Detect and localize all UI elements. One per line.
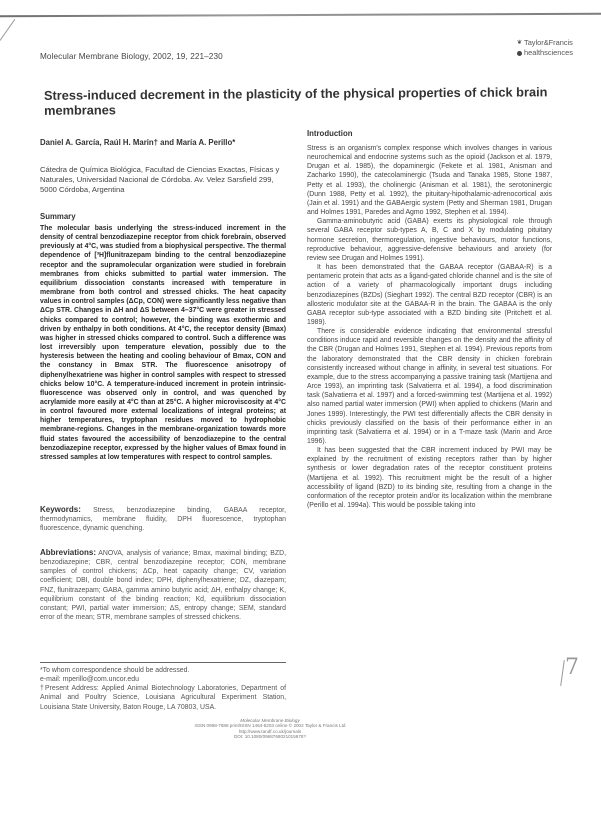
intro-paragraph: It has been suggested that the CBR incre…: [307, 446, 552, 510]
handwritten-margin-note: 7: [565, 655, 579, 680]
scan-corner-mark: [0, 19, 15, 41]
publisher-logo: ❦Taylor&Francis healthsciences: [517, 38, 573, 58]
abbreviations-label: Abbreviations:: [40, 548, 96, 557]
scan-top-edge-line: [0, 13, 601, 18]
abbreviations-block: Abbreviations: ANOVA, analysis of varian…: [40, 548, 286, 622]
footnote-present-address: †Present Address: Applied Animal Biotech…: [40, 684, 286, 711]
publisher-leaf-icon: ❦: [517, 41, 522, 46]
introduction-heading: Introduction: [307, 129, 352, 138]
intro-paragraph: Gamma-aminobutyric acid (GABA) exerts it…: [307, 217, 552, 263]
summary-heading: Summary: [40, 212, 76, 221]
intro-paragraph: It has been demonstrated that the GABAA …: [307, 263, 552, 327]
publisher-name: Taylor&Francis: [524, 38, 573, 48]
footer-doi: DOI: 10.1080/0968768021015678?: [160, 734, 380, 739]
summary-text: The molecular basis underlying the stres…: [40, 224, 286, 462]
journal-citation: Molecular Membrane Biology, 2002, 19, 22…: [40, 52, 223, 61]
article-title: Stress-induced decrement in the plastici…: [44, 84, 564, 118]
page-footer: Molecular Membrane Biology ISSN 0968-768…: [160, 718, 380, 740]
footnote-divider: [40, 662, 286, 663]
footnotes: *To whom correspondence should be addres…: [40, 666, 286, 712]
intro-paragraph: There is considerable evidence indicatin…: [307, 327, 552, 446]
keywords-label: Keywords:: [40, 505, 81, 514]
introduction-body: Stress is an organism's complex response…: [307, 144, 552, 510]
abbreviations-text: ANOVA, analysis of variance; Bmax, maxim…: [40, 550, 286, 621]
footnote-email[interactable]: e-mail: mperillo@com.uncor.edu: [40, 675, 286, 684]
publisher-division: healthsciences: [524, 48, 573, 58]
keywords-block: Keywords: Stress, benzodiazepine binding…: [40, 505, 286, 533]
intro-paragraph: Stress is an organism's complex response…: [307, 144, 552, 217]
footnote-corresponding: *To whom correspondence should be addres…: [40, 666, 286, 675]
affiliation: Cátedra de Química Biológica, Facultad d…: [40, 165, 290, 196]
publisher-dot-icon: [517, 51, 522, 56]
authors: Daniel A. García, Raúl H. Marin† and Mar…: [40, 138, 235, 147]
